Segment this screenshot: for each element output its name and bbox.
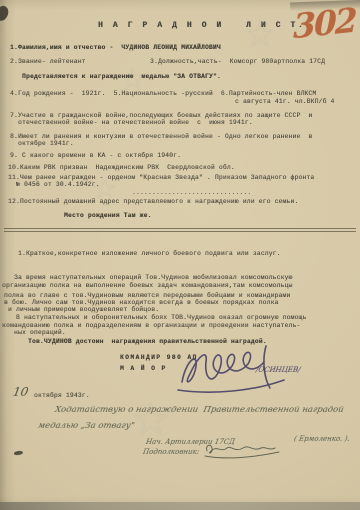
ink-mark-bottom-left — [14, 450, 24, 456]
field-presented: Представляется к награждению медалью "ЗА… — [22, 73, 221, 80]
field-post: 3.Должность,часть- Комсорг 980артполка 1… — [150, 58, 325, 65]
feat-body-line: В наступательных и оборонительных боях Т… — [16, 314, 306, 321]
field-war-participation: 7.Участие в гражданской войне,последующи… — [10, 112, 312, 119]
signature-commander-rank: М А Й О Р — [120, 365, 167, 372]
feat-body-line: За время наступательных операций Тов.Чуд… — [14, 274, 293, 281]
feat-heading: 1.Краткое,конкретное изложение личного б… — [18, 250, 281, 257]
endorsement-line-2: медалью „За отвагу" — [37, 421, 135, 431]
document-title: Н А Г Р А Д Н О Й Л И С Т. — [98, 21, 305, 30]
ink-mark-top-left — [0, 4, 11, 22]
endorsement-line-1: Ходатайствую о награждении Правительстве… — [54, 405, 344, 415]
date-day-handwritten: 10 — [12, 385, 30, 399]
field-birthplace: Место рождения Там же. — [64, 212, 152, 219]
separator-rule — [4, 228, 356, 229]
field-birth-nation-2: с августа 41г. чл.ВКП/б 4 — [235, 98, 334, 105]
dotted-leader: .............................. — [132, 189, 251, 196]
field-rvk: 10.Каким РВК призван Надеждинским РВК Св… — [8, 164, 235, 171]
feat-body-line: ных операций. — [14, 329, 66, 336]
commander-signature-name: /ОСИНЦЕВ/ — [255, 366, 301, 374]
feat-body-line: в бою. Лично сам тов.Чудинов находится в… — [4, 299, 279, 306]
separator-rule — [4, 231, 356, 232]
field-prior-awards: 11.Чем ранее награжден - орденом "Красна… — [8, 174, 314, 181]
field-war-participation-2: отечественной войне- на отечественной во… — [18, 119, 253, 126]
document-page: ☆ ☆ ☆ ☆ Н А Г Р А Д Н О Й Л И С Т. 302 1… — [0, 0, 360, 510]
endorser-rank: Подполковник: — [142, 448, 199, 456]
field-name: 1.Фамилия,имя и отчество - ЧУДИНОВ ЛЕОНИ… — [10, 44, 221, 51]
endorser-name: ( Ермоленко. ). — [293, 435, 350, 443]
field-rank: 2.Звание- лейтенант — [10, 58, 86, 65]
scan-edge-bottom — [0, 502, 360, 510]
field-home-address: 12.Постоянный домашний адрес представляе… — [8, 198, 298, 205]
field-wounds-2: октябре 1941г. — [18, 140, 74, 147]
date-text: октября 1943г. — [34, 392, 90, 399]
field-prior-awards-2: № 0456 от 30.4.1942г. — [16, 181, 100, 188]
endorser-signature-icon — [203, 441, 287, 461]
feat-body-line: и личным примером воодушевляет бойцов. — [8, 306, 159, 313]
field-wounds: 8.Имеет ли ранения и контузии в отечеств… — [10, 133, 312, 140]
feat-body-line: организацию полка на выполнение боевых з… — [2, 282, 292, 289]
watermark-star-icon: ☆ — [243, 12, 277, 56]
field-birth-nation: 4.Год рождения - 1921г. 5.Национальность… — [10, 90, 316, 97]
page-number-handwritten: 302 — [293, 1, 356, 47]
field-service-since: 9. С какого времени в КА - с октября 194… — [10, 152, 181, 159]
feat-body-line: полка во главе с тов.Чудиновым являются … — [4, 292, 290, 299]
feat-body-line: командованию полка и подразделениям в ор… — [2, 322, 300, 329]
